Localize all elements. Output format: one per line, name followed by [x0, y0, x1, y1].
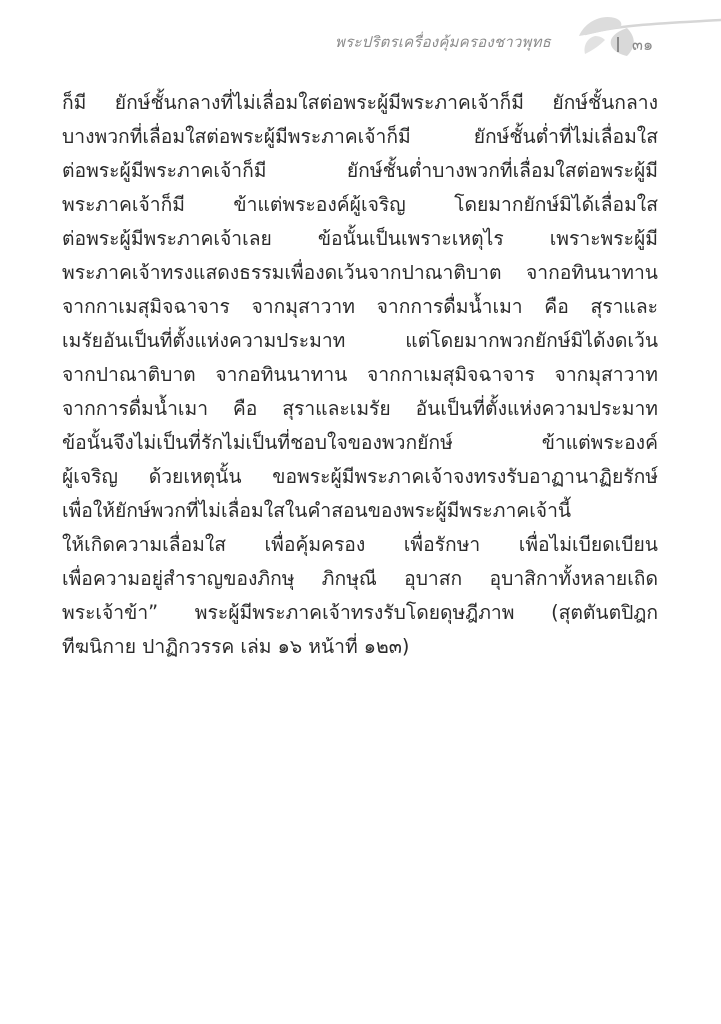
page-header: พระปริตรเครื่องคุ้มครองชาวพุทธ ๓๑ [0, 0, 721, 80]
text-line: พระภาคเจ้าทรงแสดงธรรมเพื่องดเว้นจากปาณาต… [62, 256, 658, 290]
text-line: บางพวกที่เลื่อมใสต่อพระผู้มีพระภาคเจ้าก็… [62, 120, 658, 154]
text-line: เพื่อความอยู่สำราญของภิกษุ ภิกษุณี อุบาส… [62, 562, 658, 596]
text-line: พระเจ้าข้า” พระผู้มีพระภาคเจ้าทรงรับโดยด… [62, 596, 658, 630]
text-line: จากปาณาติบาต จากอทินนาทาน จากกาเมสุมิจฉา… [62, 358, 658, 392]
text-line: จากกาเมสุมิจฉาจาร จากมุสาวาท จากการดื่มน… [62, 290, 658, 324]
text-line: เพื่อให้ยักษ์พวกที่ไม่เลื่อมใสในคำสอนของ… [62, 494, 658, 528]
page-number: ๓๑ [632, 33, 653, 58]
text-line: ผู้เจริญ ด้วยเหตุนั้น ขอพระผู้มีพระภาคเจ… [62, 460, 658, 494]
text-line: ให้เกิดความเลื่อมใส เพื่อคุ้มครอง เพื่อร… [62, 528, 658, 562]
page-number-separator [617, 37, 619, 52]
text-line-last: ทีฆนิกาย ปาฏิกวรรค เล่ม ๑๖ หน้าที่ ๑๒๓) [62, 630, 658, 664]
text-line: ต่อพระผู้มีพระภาคเจ้าเลย ข้อนั้นเป็นเพรา… [62, 222, 658, 256]
text-line: ข้อนั้นจึงไม่เป็นที่รักไม่เป็นที่ชอบใจขอ… [62, 426, 658, 460]
body-paragraph: ก็มี ยักษ์ชั้นกลางที่ไม่เลื่อมใสต่อพระผู… [62, 86, 658, 664]
running-title: พระปริตรเครื่องคุ้มครองชาวพุทธ [335, 30, 551, 54]
text-line: พระภาคเจ้าก็มี ข้าแต่พระองค์ผู้เจริญ โดย… [62, 188, 658, 222]
text-line: ก็มี ยักษ์ชั้นกลางที่ไม่เลื่อมใสต่อพระผู… [62, 86, 658, 120]
text-line: เมรัยอันเป็นที่ตั้งแห่งความประมาท แต่โดย… [62, 324, 658, 358]
text-line: ต่อพระผู้มีพระภาคเจ้าก็มี ยักษ์ชั้นต่ำบา… [62, 154, 658, 188]
text-line: จากการดื่มน้ำเมา คือ สุราและเมรัย อันเป็… [62, 392, 658, 426]
